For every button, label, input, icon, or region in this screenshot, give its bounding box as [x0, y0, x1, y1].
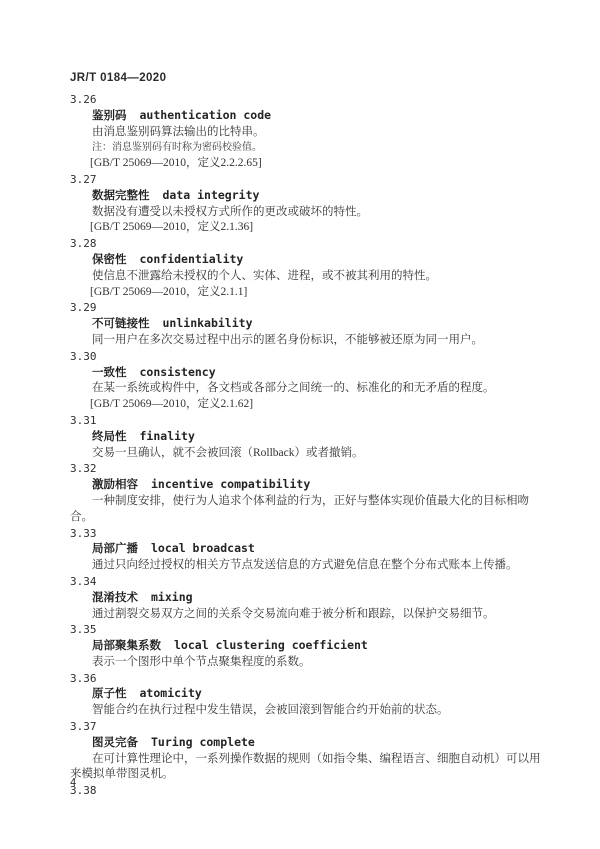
source-reference: [GB/T 25069—2010，定义2.1.62]	[70, 397, 542, 413]
term-chinese: 鉴别码	[92, 110, 127, 122]
term-chinese: 混淆技术	[92, 592, 138, 604]
term-english: confidentiality	[140, 252, 244, 266]
term-english: atomicity	[140, 686, 202, 700]
term-line: 激励相容incentive compatibility	[70, 477, 542, 494]
term-chinese: 数据完整性	[92, 190, 150, 202]
clause-number: 3.35	[70, 622, 542, 638]
term-chinese: 保密性	[92, 254, 127, 266]
term-english: mixing	[151, 590, 193, 604]
clause-number: 3.28	[70, 236, 542, 252]
clause-number: 3.36	[70, 671, 542, 687]
clause-number: 3.33	[70, 526, 542, 542]
clause-number: 3.34	[70, 574, 542, 590]
term-section: 3.38	[70, 783, 542, 799]
term-chinese: 终局性	[92, 431, 127, 443]
term-section: 3.27 数据完整性data integrity 数据没有遭受以未授权方式所作的…	[70, 172, 542, 236]
standard-number-header: JR/T 0184—2020	[70, 71, 166, 87]
term-section: 3.28 保密性confidentiality 使信息不泄露给未授权的个人、实体…	[70, 236, 542, 300]
term-section: 3.35 局部聚集系数local clustering coefficient …	[70, 622, 542, 670]
term-line: 数据完整性data integrity	[70, 188, 542, 205]
term-definition: 使信息不泄露给未授权的个人、实体、进程，或不被其利用的特性。	[70, 269, 542, 285]
page-number: 4	[70, 776, 76, 792]
term-definition: 同一用户在多次交易过程中出示的匿名身份标识，不能够被还原为同一用户。	[70, 333, 542, 349]
term-definition: 一种制度安排，使行为人追求个体利益的行为，正好与整体实现价值最大化的目标相吻合。	[70, 494, 542, 526]
term-line: 终局性finality	[70, 429, 542, 446]
term-english: data integrity	[163, 188, 260, 202]
term-section: 3.32 激励相容incentive compatibility 一种制度安排，…	[70, 461, 542, 525]
term-definition: 在可计算性理论中，一系列操作数据的规则（如指令集、编程语言、细胞自动机）可以用来…	[70, 752, 542, 784]
term-line: 一致性consistency	[70, 365, 542, 382]
term-definition: 智能合约在执行过程中发生错误，会被回滚到智能合约开始前的状态。	[70, 703, 542, 719]
term-definition: 通过只向经过授权的相关方节点发送信息的方式避免信息在整个分布式账本上传播。	[70, 558, 542, 574]
source-reference: [GB/T 25069—2010，定义2.1.1]	[70, 285, 542, 301]
term-english: authentication code	[140, 108, 272, 122]
term-definition: 由消息鉴别码算法输出的比特串。	[70, 125, 542, 141]
term-english: unlinkability	[163, 316, 253, 330]
term-section: 3.33 局部广播local broadcast 通过只向经过授权的相关方节点发…	[70, 526, 542, 574]
clause-number: 3.37	[70, 719, 542, 735]
term-line: 混淆技术mixing	[70, 590, 542, 607]
clause-number: 3.26	[70, 92, 542, 108]
term-line: 局部聚集系数local clustering coefficient	[70, 638, 542, 655]
term-english: local clustering coefficient	[174, 638, 368, 652]
term-section: 3.36 原子性atomicity 智能合约在执行过程中发生错误，会被回滚到智能…	[70, 671, 542, 719]
terms-and-definitions-content: 3.26 鉴别码authentication code 由消息鉴别码算法输出的比…	[70, 92, 542, 799]
clause-number: 3.32	[70, 461, 542, 477]
term-line: 图灵完备Turing complete	[70, 735, 542, 752]
term-section: 3.29 不可链接性unlinkability 同一用户在多次交易过程中出示的匿…	[70, 300, 542, 348]
term-note: 注：消息鉴别码有时称为密码校验值。	[70, 140, 542, 156]
clause-number: 3.29	[70, 300, 542, 316]
term-definition: 表示一个图形中单个节点聚集程度的系数。	[70, 655, 542, 671]
term-line: 鉴别码authentication code	[70, 108, 542, 125]
term-english: consistency	[140, 365, 216, 379]
term-line: 局部广播local broadcast	[70, 541, 542, 558]
clause-number: 3.38	[70, 783, 542, 799]
term-line: 不可链接性unlinkability	[70, 316, 542, 333]
document-page: JR/T 0184—2020 3.26 鉴别码authentication co…	[0, 0, 600, 849]
term-definition: 通过割裂交易双方之间的关系令交易流向难于被分析和跟踪，以保护交易细节。	[70, 607, 542, 623]
term-section: 3.34 混淆技术mixing 通过割裂交易双方之间的关系令交易流向难于被分析和…	[70, 574, 542, 622]
term-chinese: 一致性	[92, 367, 127, 379]
term-section: 3.37 图灵完备Turing complete 在可计算性理论中，一系列操作数…	[70, 719, 542, 783]
term-english: incentive compatibility	[151, 477, 310, 491]
term-section: 3.30 一致性consistency 在某一系统或构件中，各文档或各部分之间统…	[70, 349, 542, 413]
term-definition: 数据没有遭受以未授权方式所作的更改或破坏的特性。	[70, 205, 542, 221]
term-line: 原子性atomicity	[70, 686, 542, 703]
term-english: finality	[140, 429, 195, 443]
term-english: local broadcast	[151, 541, 255, 555]
term-definition: 在某一系统或构件中，各文档或各部分之间统一的、标准化的和无矛盾的程度。	[70, 381, 542, 397]
term-chinese: 局部聚集系数	[92, 640, 161, 652]
clause-number: 3.31	[70, 413, 542, 429]
source-reference: [GB/T 25069—2010，定义2.2.2.65]	[70, 156, 542, 172]
clause-number: 3.27	[70, 172, 542, 188]
term-chinese: 图灵完备	[92, 737, 138, 749]
clause-number: 3.30	[70, 349, 542, 365]
source-reference: [GB/T 25069—2010，定义2.1.36]	[70, 220, 542, 236]
term-section: 3.26 鉴别码authentication code 由消息鉴别码算法输出的比…	[70, 92, 542, 172]
term-section: 3.31 终局性finality 交易一旦确认，就不会被回滚（Rollback）…	[70, 413, 542, 461]
term-line: 保密性confidentiality	[70, 252, 542, 269]
term-english: Turing complete	[151, 735, 255, 749]
term-chinese: 局部广播	[92, 543, 138, 555]
term-chinese: 激励相容	[92, 479, 138, 491]
term-definition: 交易一旦确认，就不会被回滚（Rollback）或者撤销。	[70, 446, 542, 462]
term-chinese: 不可链接性	[92, 318, 150, 330]
term-chinese: 原子性	[92, 688, 127, 700]
